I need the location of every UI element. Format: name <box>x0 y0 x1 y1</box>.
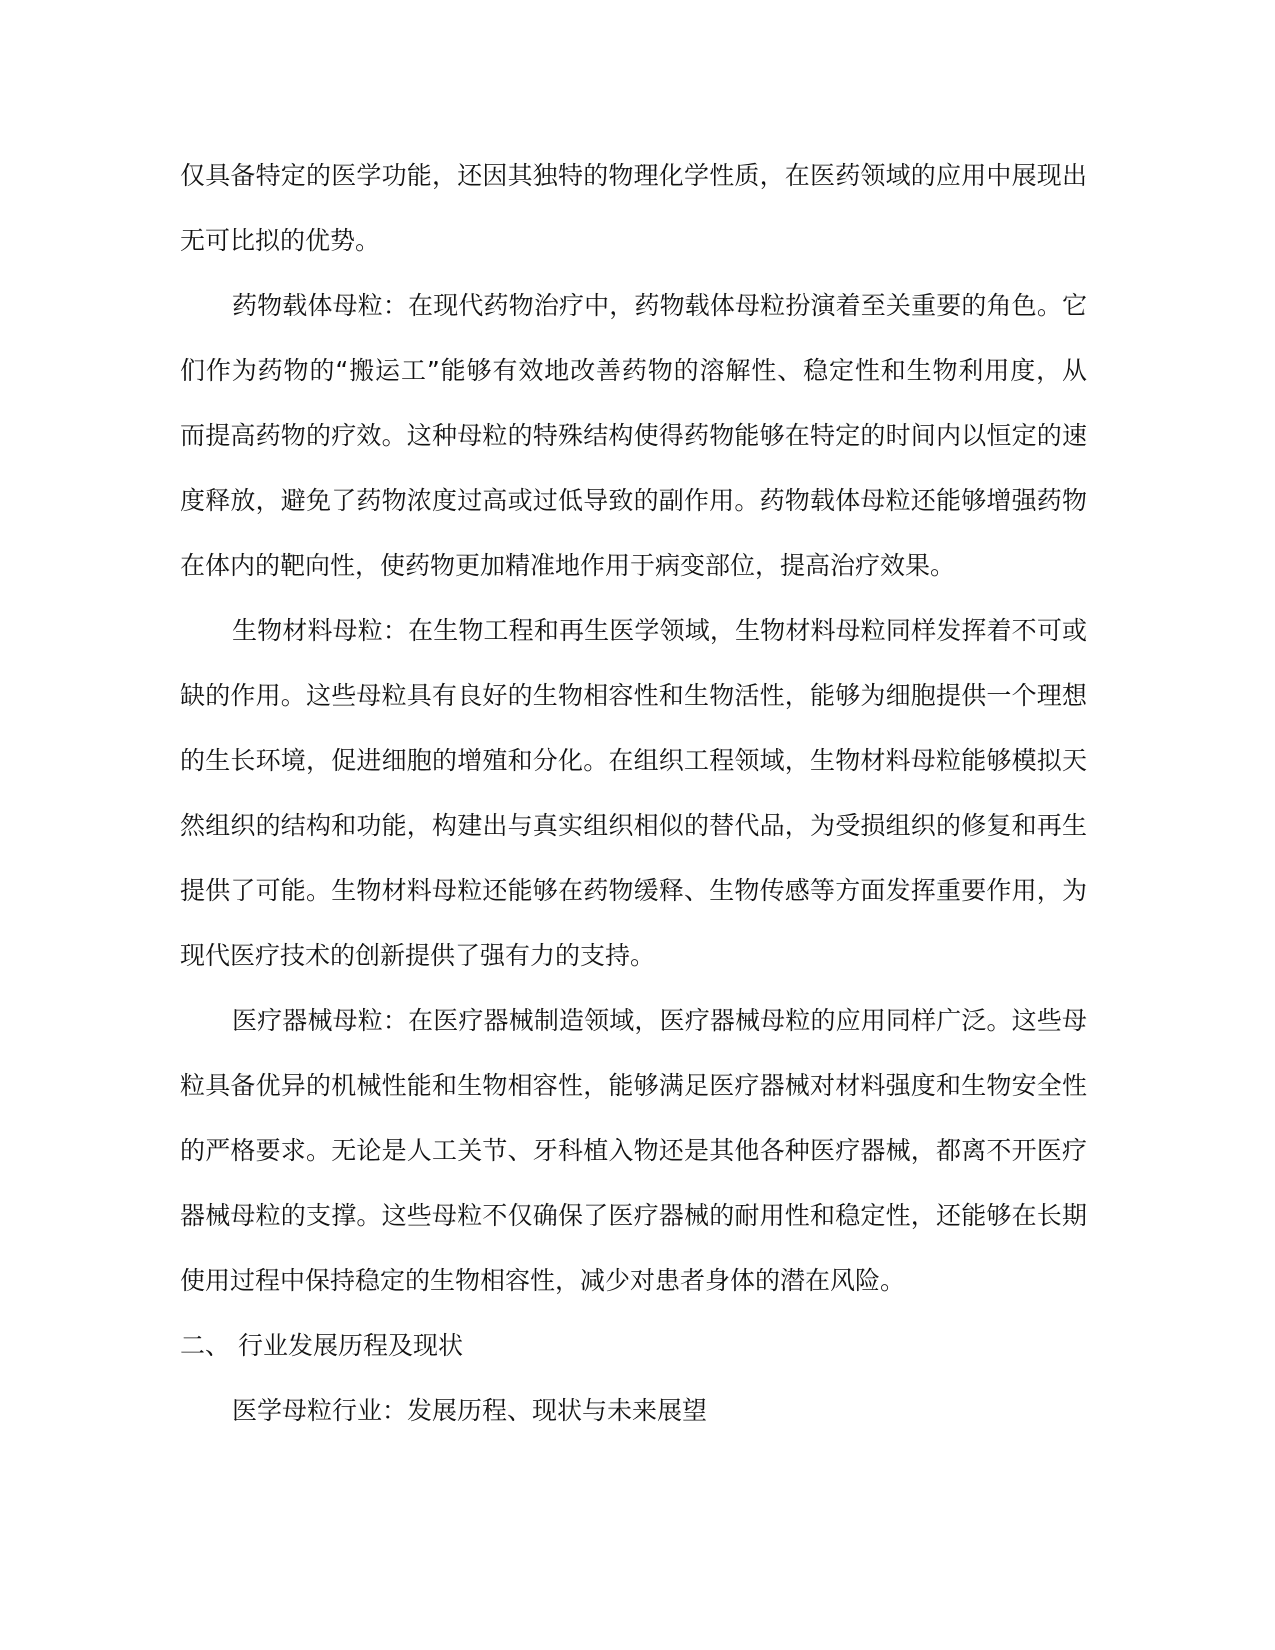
document-line: 的严格要求。无论是人工关节、牙科植入物还是其他各种医疗器械，都离不开医疗 <box>180 1118 1087 1183</box>
document-line: 无可比拟的优势。 <box>180 208 1087 273</box>
document-line: 缺的作用。这些母粒具有良好的生物相容性和生物活性，能够为细胞提供一个理想 <box>180 663 1087 728</box>
document-line: 使用过程中保持稳定的生物相容性，减少对患者身体的潜在风险。 <box>180 1248 1087 1313</box>
document-line: 医疗器械母粒：在医疗器械制造领域，医疗器械母粒的应用同样广泛。这些母 <box>180 988 1087 1053</box>
paragraph-overview-continuation: 仅具备特定的医学功能，还因其独特的物理化学性质，在医药领域的应用中展现出 无可比… <box>180 143 1087 273</box>
paragraph-drug-carrier-masterbatch: 药物载体母粒：在现代药物治疗中，药物载体母粒扮演着至关重要的角色。它 们作为药物… <box>180 273 1087 598</box>
section-heading-line: 二、 行业发展历程及现状 <box>180 1313 1087 1378</box>
paragraph-medical-device-masterbatch: 医疗器械母粒：在医疗器械制造领域，医疗器械母粒的应用同样广泛。这些母 粒具备优异… <box>180 988 1087 1313</box>
document-page: 仅具备特定的医学功能，还因其独特的物理化学性质，在医药领域的应用中展现出 无可比… <box>0 0 1275 1650</box>
document-line: 的生长环境，促进细胞的增殖和分化。在组织工程领域，生物材料母粒能够模拟天 <box>180 728 1087 793</box>
document-line: 粒具备优异的机械性能和生物相容性，能够满足医疗器械对材料强度和生物安全性 <box>180 1053 1087 1118</box>
document-line: 在体内的靶向性，使药物更加精准地作用于病变部位，提高治疗效果。 <box>180 533 1087 598</box>
document-line: 们作为药物的“搬运工”能够有效地改善药物的溶解性、稳定性和生物利用度，从 <box>180 338 1087 403</box>
document-line: 仅具备特定的医学功能，还因其独特的物理化学性质，在医药领域的应用中展现出 <box>180 143 1087 208</box>
document-line: 医学母粒行业：发展历程、现状与未来展望 <box>180 1378 1087 1443</box>
document-line: 而提高药物的疗效。这种母粒的特殊结构使得药物能够在特定的时间内以恒定的速 <box>180 403 1087 468</box>
paragraph-industry-outlook-intro: 医学母粒行业：发展历程、现状与未来展望 <box>180 1378 1087 1443</box>
document-line: 提供了可能。生物材料母粒还能够在药物缓释、生物传感等方面发挥重要作用，为 <box>180 858 1087 923</box>
document-line: 生物材料母粒：在生物工程和再生医学领域，生物材料母粒同样发挥着不可或 <box>180 598 1087 663</box>
document-line: 然组织的结构和功能，构建出与真实组织相似的替代品，为受损组织的修复和再生 <box>180 793 1087 858</box>
document-line: 现代医疗技术的创新提供了强有力的支持。 <box>180 923 1087 988</box>
document-line: 度释放，避免了药物浓度过高或过低导致的副作用。药物载体母粒还能够增强药物 <box>180 468 1087 533</box>
document-body: 仅具备特定的医学功能，还因其独特的物理化学性质，在医药领域的应用中展现出 无可比… <box>180 143 1087 1443</box>
document-line: 药物载体母粒：在现代药物治疗中，药物载体母粒扮演着至关重要的角色。它 <box>180 273 1087 338</box>
paragraph-biomaterial-masterbatch: 生物材料母粒：在生物工程和再生医学领域，生物材料母粒同样发挥着不可或 缺的作用。… <box>180 598 1087 988</box>
section-heading-industry-history: 二、 行业发展历程及现状 <box>180 1313 1087 1378</box>
document-line: 器械母粒的支撑。这些母粒不仅确保了医疗器械的耐用性和稳定性，还能够在长期 <box>180 1183 1087 1248</box>
